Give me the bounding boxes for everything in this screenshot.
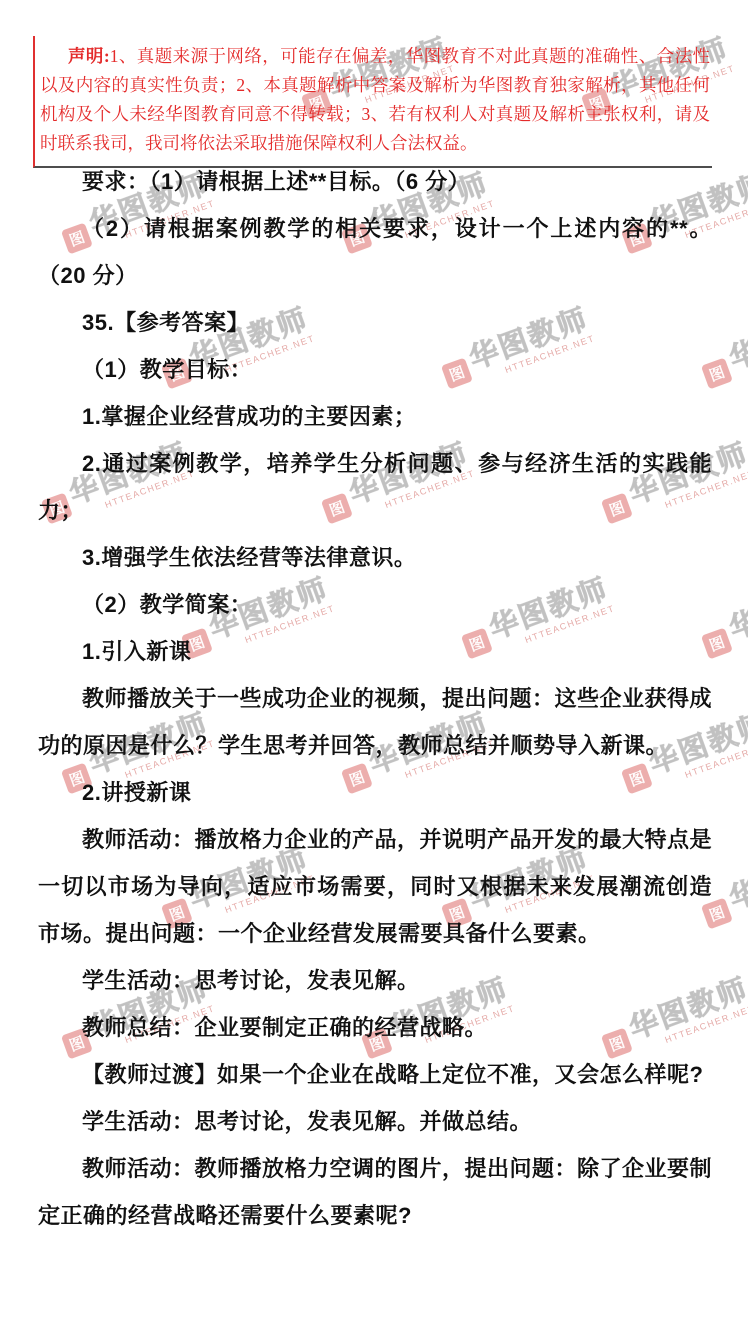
paragraph: 教师播放关于一些成功企业的视频，提出问题：这些企业获得成功的原因是什么？学生思考… — [38, 675, 712, 769]
paragraph: 教师总结：企业要制定正确的经营战略。 — [38, 1004, 712, 1051]
answer-content: 要求：（1）请根据上述**目标。（6 分）（2）请根据案例教学的相关要求，设计一… — [38, 158, 712, 1239]
paragraph: 2.讲授新课 — [38, 769, 712, 816]
paragraph: 教师活动：教师播放格力空调的图片，提出问题：除了企业要制定正确的经营战略还需要什… — [38, 1145, 712, 1239]
paragraph: 教师活动：播放格力企业的产品，并说明产品开发的最大特点是一切以市场为导向，适应市… — [38, 816, 712, 957]
page: { "disclaimer": { "label": "声明:", "text"… — [0, 0, 748, 1334]
paragraph: 1.掌握企业经营成功的主要因素； — [38, 393, 712, 440]
disclaimer-body: 1、真题来源于网络，可能存在偏差，华图教育不对此真题的准确性、合法性以及内容的真… — [40, 46, 710, 153]
paragraph: 学生活动：思考讨论，发表见解。并做总结。 — [38, 1098, 712, 1145]
paragraph: 【教师过渡】如果一个企业在战略上定位不准，又会怎么样呢? — [38, 1051, 712, 1098]
paragraph: 要求：（1）请根据上述**目标。（6 分） — [38, 158, 712, 205]
disclaimer-box: 声明:1、真题来源于网络，可能存在偏差，华图教育不对此真题的准确性、合法性以及内… — [33, 36, 712, 168]
document-sheet: 声明:1、真题来源于网络，可能存在偏差，华图教育不对此真题的准确性、合法性以及内… — [0, 0, 748, 1334]
paragraph: 35.【参考答案】 — [38, 299, 712, 346]
paragraph: （2）请根据案例教学的相关要求，设计一个上述内容的**。（20 分） — [38, 205, 712, 299]
paragraph: （2）教学简案： — [38, 581, 712, 628]
disclaimer-label: 声明: — [68, 46, 110, 66]
paragraph: 学生活动：思考讨论，发表见解。 — [38, 957, 712, 1004]
paragraph: （1）教学目标： — [38, 346, 712, 393]
paragraph: 3.增强学生依法经营等法律意识。 — [38, 534, 712, 581]
paragraph: 2.通过案例教学，培养学生分析问题、参与经济生活的实践能力； — [38, 440, 712, 534]
disclaimer-text: 声明:1、真题来源于网络，可能存在偏差，华图教育不对此真题的准确性、合法性以及内… — [40, 42, 710, 158]
paragraph: 1.引入新课 — [38, 628, 712, 675]
